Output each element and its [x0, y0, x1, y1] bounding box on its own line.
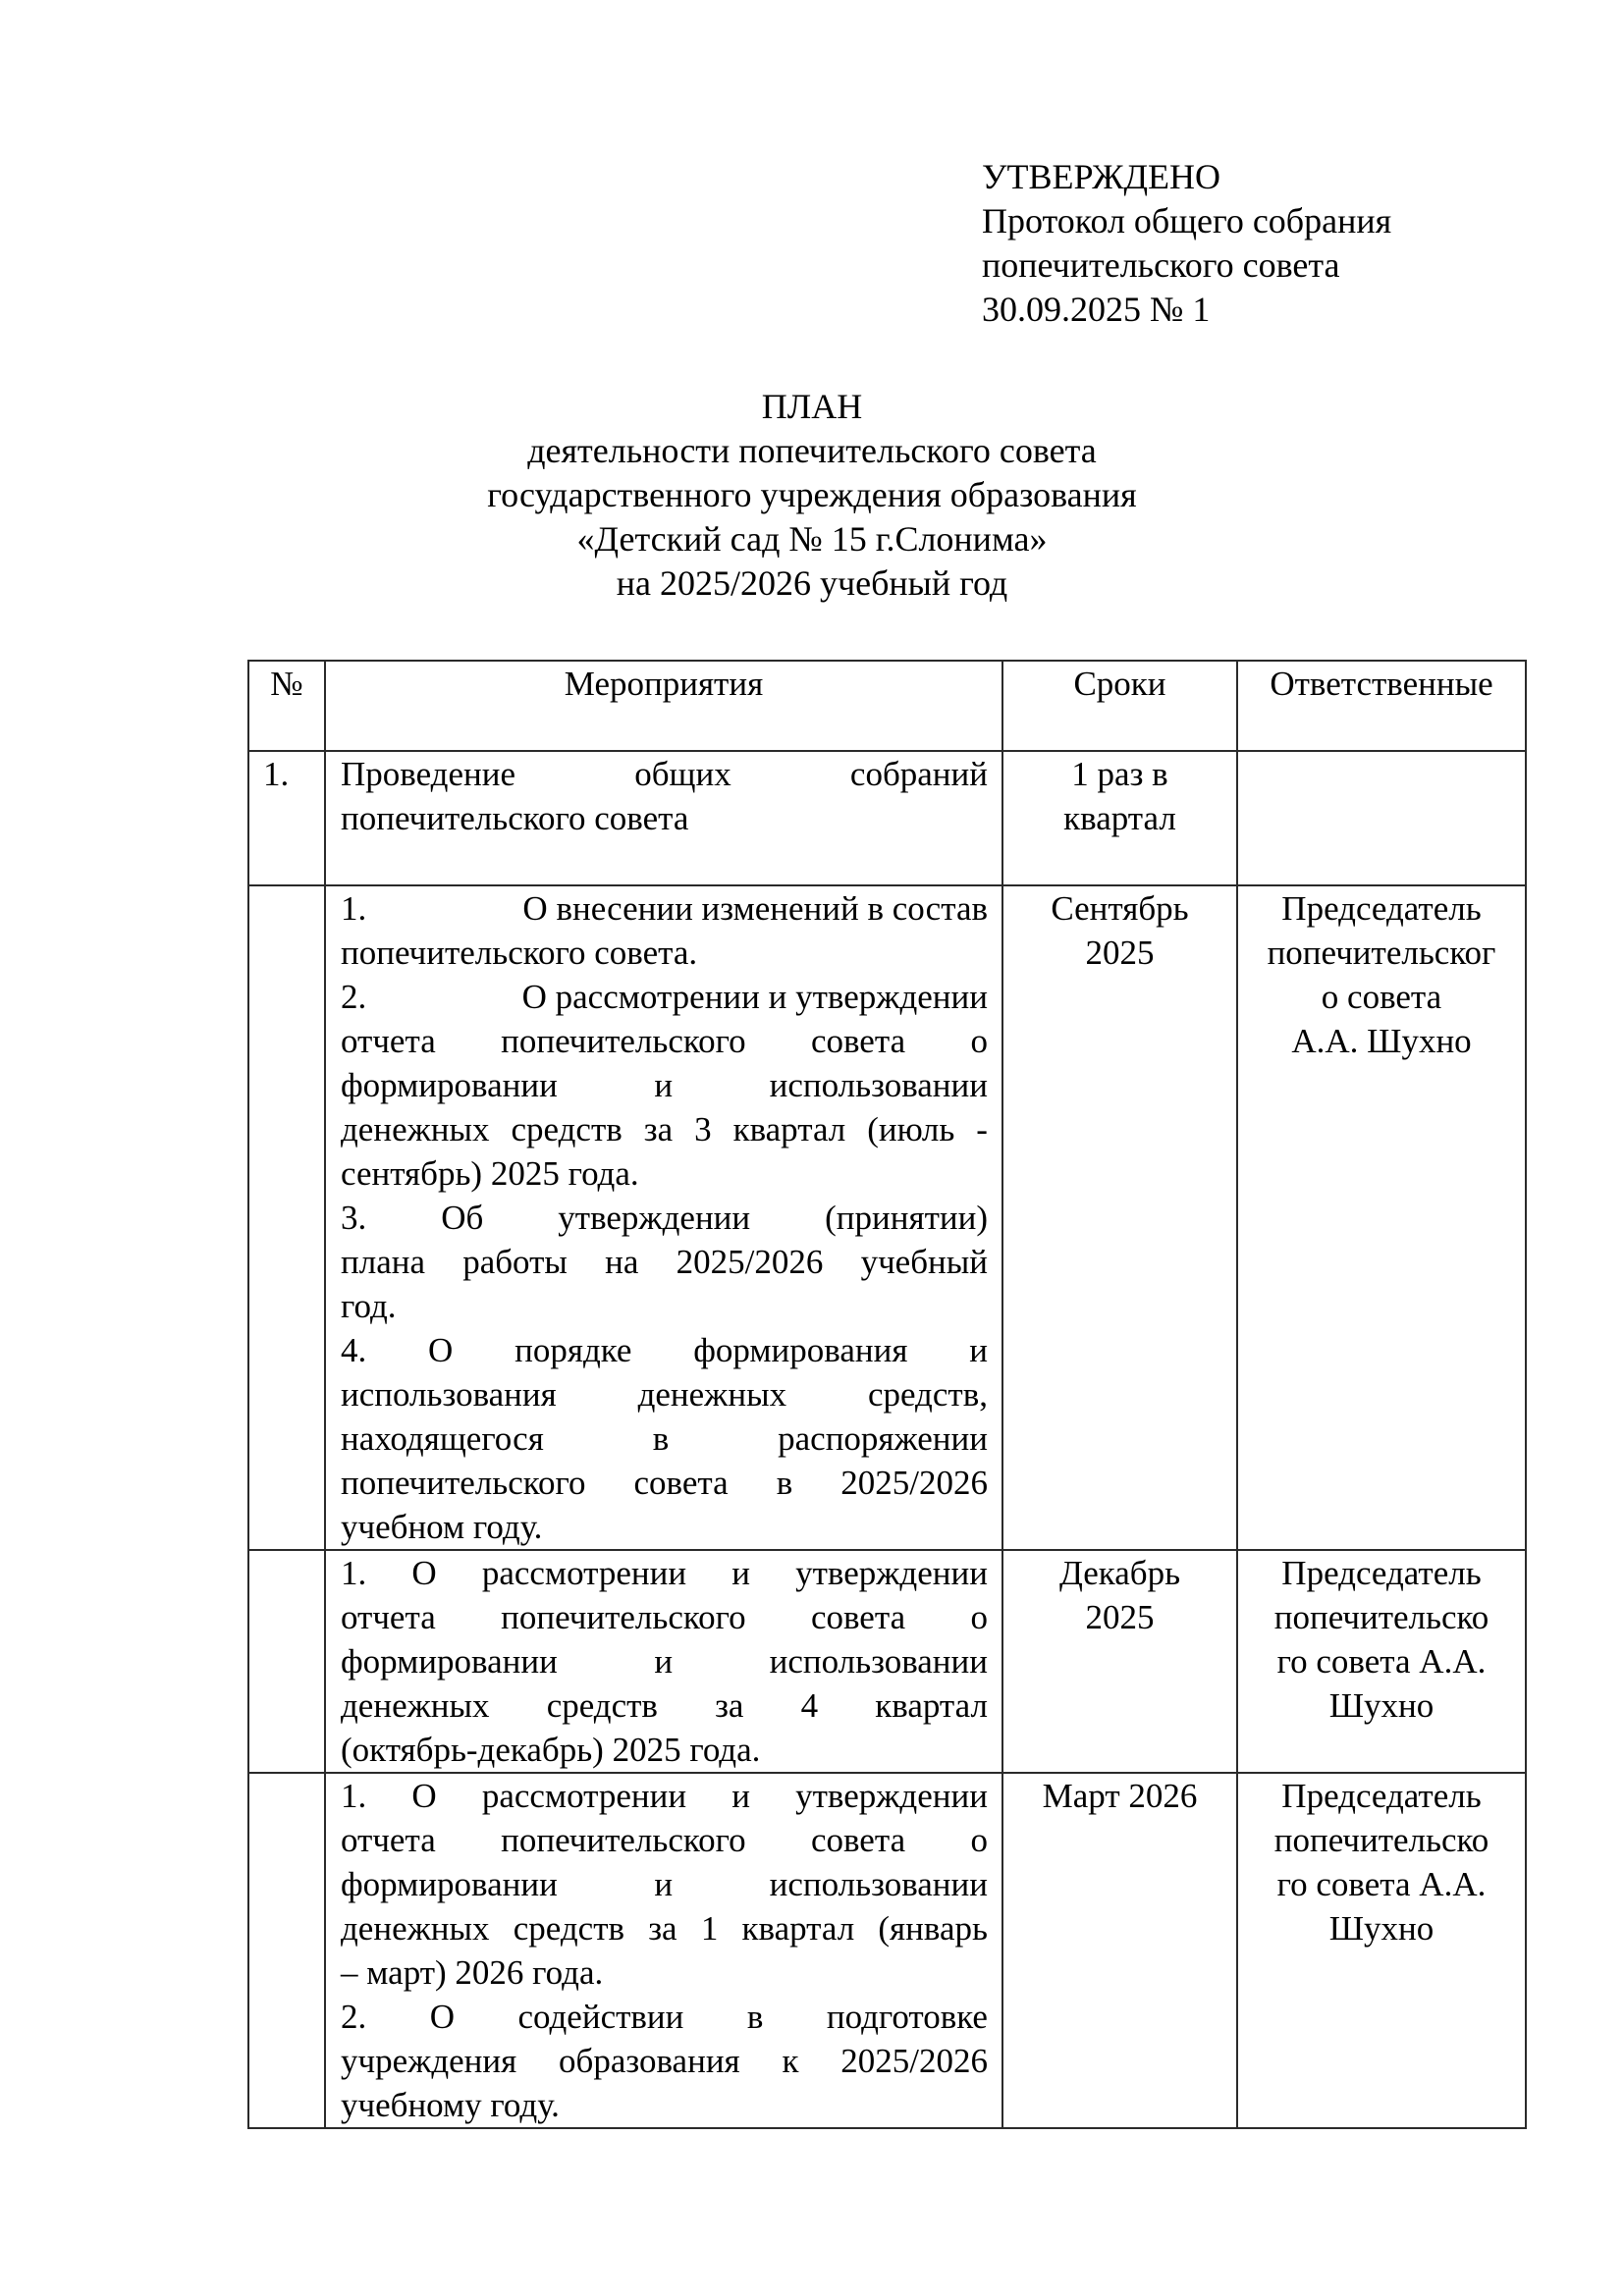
event-line: отчетапопечительскогосоветао: [341, 1595, 988, 1639]
event-line: Проведениеобщихсобраний: [341, 752, 988, 796]
event-line: 2.О рассмотрении и утверждении: [341, 975, 988, 1019]
event-line: – март) 2026 года.: [341, 1950, 988, 1995]
title-line: деятельности попечительского совета: [0, 429, 1624, 473]
row-responsible: [1237, 751, 1526, 885]
event-line: формированииииспользовании: [341, 1063, 988, 1107]
approval-council: попечительского совета: [982, 243, 1391, 288]
responsible-line: Шухно: [1238, 1906, 1525, 1950]
responsible-line: го совета А.А.: [1238, 1639, 1525, 1683]
event-line: 1.Орассмотрениииутверждении: [341, 1551, 988, 1595]
responsible-line: Председатель: [1238, 1551, 1525, 1595]
document-title: ПЛАН деятельности попечительского совета…: [0, 385, 1624, 606]
event-line: 1.О внесении изменений в состав: [341, 886, 988, 931]
responsible-line: попечительског: [1238, 931, 1525, 975]
term-line: Декабрь: [1003, 1551, 1236, 1595]
row-number: [248, 1550, 325, 1773]
row-events: 1.Орассмотрениииутвержденииотчетапопечит…: [325, 1550, 1002, 1773]
event-line: 2.Осодействиивподготовке: [341, 1995, 988, 2039]
row-number: 1.: [248, 751, 325, 885]
event-line: использованияденежныхсредств,: [341, 1372, 988, 1416]
event-line: 4.Опорядкеформированияи: [341, 1328, 988, 1372]
header-events: Мероприятия: [325, 661, 1002, 751]
event-line: учебном году.: [341, 1505, 988, 1549]
term-line: квартал: [1003, 796, 1236, 840]
approval-date-number: 30.09.2025 № 1: [982, 288, 1391, 332]
event-line: планаработына2025/2026учебный: [341, 1240, 988, 1284]
term-line: 1 раз в: [1003, 752, 1236, 796]
table-row: 1.Проведениеобщихсобранийпопечительского…: [248, 751, 1526, 885]
header-num: №: [248, 661, 325, 751]
event-line: находящегосявраспоряжении: [341, 1416, 988, 1461]
approval-protocol: Протокол общего собрания: [982, 199, 1391, 243]
responsible-line: попечительско: [1238, 1818, 1525, 1862]
title-line: «Детский сад № 15 г.Слонима»: [0, 517, 1624, 561]
term-line: Март 2026: [1003, 1774, 1236, 1818]
event-line: 1.Орассмотрениииутверждении: [341, 1774, 988, 1818]
event-line: попечительского совета: [341, 796, 988, 840]
event-line: денежныхсредствза1квартал(январь: [341, 1906, 988, 1950]
event-line: денежныхсредствза3квартал(июль-: [341, 1107, 988, 1151]
event-line: год.: [341, 1284, 988, 1328]
event-line: учрежденияобразованияк2025/2026: [341, 2039, 988, 2083]
row-terms: 1 раз вквартал: [1002, 751, 1237, 885]
responsible-line: попечительско: [1238, 1595, 1525, 1639]
term-line: Сентябрь: [1003, 886, 1236, 931]
header-responsible: Ответственные: [1237, 661, 1526, 751]
row-events: Проведениеобщихсобранийпопечительского с…: [325, 751, 1002, 885]
table-row: 1.Орассмотрениииутвержденииотчетапопечит…: [248, 1550, 1526, 1773]
responsible-line: А.А. Шухно: [1238, 1019, 1525, 1063]
responsible-line: Председатель: [1238, 886, 1525, 931]
event-line: формированииииспользовании: [341, 1862, 988, 1906]
table-header-row: № Мероприятия Сроки Ответственные: [248, 661, 1526, 751]
event-line: 3.Обутверждении(принятии): [341, 1196, 988, 1240]
row-terms: Декабрь2025: [1002, 1550, 1237, 1773]
row-number: [248, 1773, 325, 2128]
row-events: 1.О внесении изменений в составпопечител…: [325, 885, 1002, 1550]
event-line: (октябрь-декабрь) 2025 года.: [341, 1728, 988, 1772]
approval-stamp: УТВЕРЖДЕНО Протокол общего собрания попе…: [982, 155, 1391, 332]
term-line: 2025: [1003, 1595, 1236, 1639]
row-responsible: Председательпопечительского совета А.А.Ш…: [1237, 1773, 1526, 2128]
table-row: 1.Орассмотрениииутвержденииотчетапопечит…: [248, 1773, 1526, 2128]
approval-label: УТВЕРЖДЕНО: [982, 155, 1391, 199]
title-line: на 2025/2026 учебный год: [0, 561, 1624, 606]
event-line: отчетапопечительскогосоветао: [341, 1818, 988, 1862]
row-responsible: Председательпопечительского совета А.А.Ш…: [1237, 1550, 1526, 1773]
event-line: формированииииспользовании: [341, 1639, 988, 1683]
event-line: денежныхсредствза4квартал: [341, 1683, 988, 1728]
title-line: государственного учреждения образования: [0, 473, 1624, 517]
row-terms: Сентябрь2025: [1002, 885, 1237, 1550]
row-number: [248, 885, 325, 1550]
event-line: учебному году.: [341, 2083, 988, 2127]
responsible-line: го совета А.А.: [1238, 1862, 1525, 1906]
event-line: попечительского совета.: [341, 931, 988, 975]
term-line: 2025: [1003, 931, 1236, 975]
row-events: 1.Орассмотрениииутвержденииотчетапопечит…: [325, 1773, 1002, 2128]
event-line: отчетапопечительскогосоветао: [341, 1019, 988, 1063]
responsible-line: Шухно: [1238, 1683, 1525, 1728]
plan-table: № Мероприятия Сроки Ответственные 1.Пров…: [247, 660, 1527, 2129]
header-terms: Сроки: [1002, 661, 1237, 751]
table-row: 1.О внесении изменений в составпопечител…: [248, 885, 1526, 1550]
row-terms: Март 2026: [1002, 1773, 1237, 2128]
row-responsible: Председательпопечительского советаА.А. Ш…: [1237, 885, 1526, 1550]
event-line: сентябрь) 2025 года.: [341, 1151, 988, 1196]
event-line: попечительскогосоветав2025/2026: [341, 1461, 988, 1505]
responsible-line: о совета: [1238, 975, 1525, 1019]
title-heading: ПЛАН: [0, 385, 1624, 429]
responsible-line: Председатель: [1238, 1774, 1525, 1818]
